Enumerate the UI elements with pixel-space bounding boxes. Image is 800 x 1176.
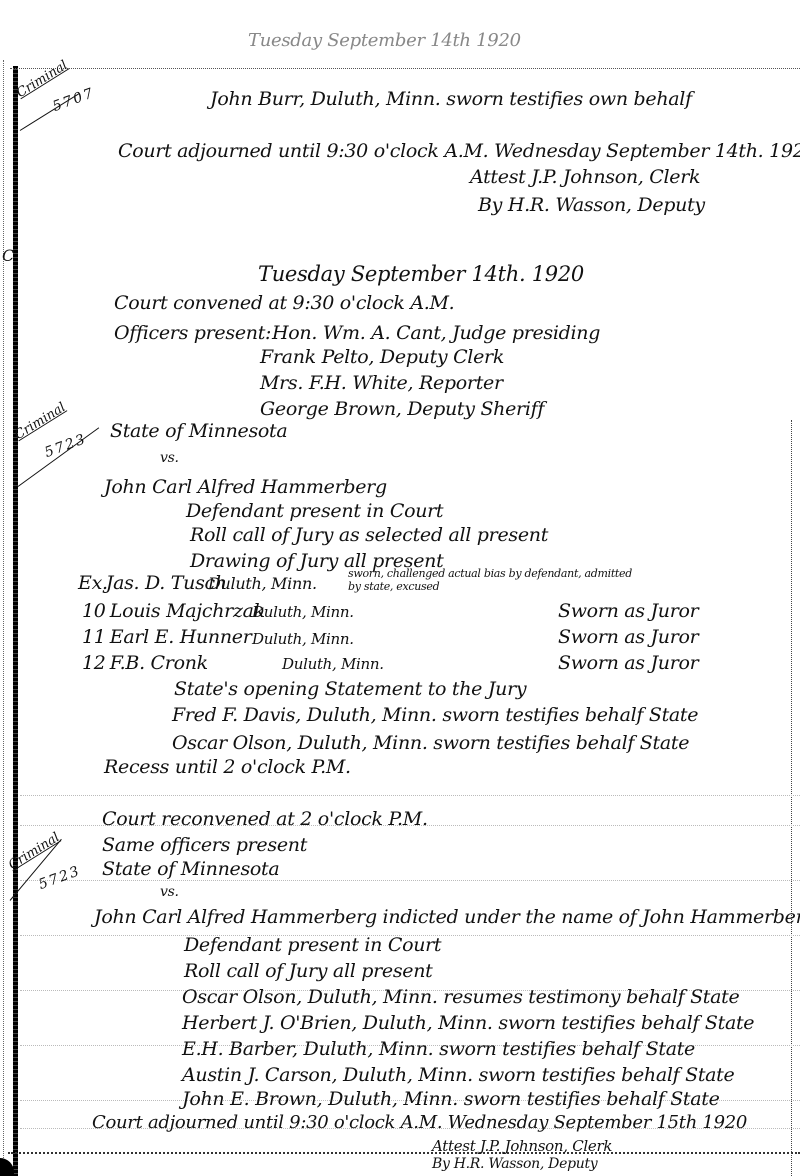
juror-row: 11 Earl E. Hunner (82, 626, 252, 648)
journal-page: Tuesday September 14th 1920 Criminal 570… (0, 0, 800, 1176)
entry-witness: Oscar Olson, Duluth, Minn. resumes testi… (182, 986, 739, 1008)
juror-number: 10 (82, 600, 104, 622)
bottom-rule (8, 1152, 800, 1154)
case-number: 5723 (43, 431, 89, 461)
juror-row: 10 Louis Majchrzak (82, 600, 265, 622)
versus: vs. (160, 884, 179, 900)
left-margin-rule-outer (3, 60, 4, 1176)
date-heading: Tuesday September 14th. 1920 (258, 262, 584, 286)
right-margin-rule (791, 420, 792, 1176)
plaintiff: State of Minnesota (110, 420, 287, 442)
defendant-name: John Carl Alfred Hammerberg indicted und… (94, 906, 800, 928)
juror-name: Earl E. Hunner (110, 626, 252, 648)
proceeding-witness: Fred F. Davis, Duluth, Minn. sworn testi… (172, 704, 698, 726)
top-rule (10, 68, 800, 69)
versus: vs. (160, 450, 179, 466)
officers-label: Officers present: (114, 322, 271, 344)
juror-status-line1: sworn, challenged actual bias by defenda… (348, 568, 632, 580)
juror-status-line2: by state, excused (348, 581, 439, 593)
deputy-line: By H.R. Wasson, Deputy (432, 1156, 597, 1172)
officer-deputy-sheriff: George Brown, Deputy Sheriff (260, 398, 544, 420)
margin-case-note: Criminal 5723 (20, 428, 77, 443)
deputy-line: By H.R. Wasson, Deputy (478, 194, 705, 216)
attest-line: Attest J.P. Johnson, Clerk (432, 1137, 612, 1155)
ruled-line (20, 880, 800, 881)
reconvened-line: Court reconvened at 2 o'clock P.M. (102, 808, 428, 830)
plaintiff: State of Minnesota (102, 858, 279, 880)
officer-judge: Hon. Wm. A. Cant, Judge presiding (272, 322, 600, 344)
juror-row: Ex. Jas. D. Tusch (78, 572, 227, 594)
juror-status: Sworn as Juror (558, 600, 698, 622)
case-number: 5707 (51, 85, 97, 115)
entry-witness: E.H. Barber, Duluth, Minn. sworn testifi… (182, 1038, 695, 1060)
running-head: Tuesday September 14th 1920 (248, 30, 521, 51)
binding-edge (13, 66, 18, 1176)
juror-residence: Duluth, Minn. (252, 603, 354, 621)
entry-defendant-present: Defendant present in Court (184, 934, 441, 956)
entry-defendant-present: Defendant present in Court (186, 500, 443, 522)
same-officers-line: Same officers present (102, 834, 307, 856)
officer-reporter: Mrs. F.H. White, Reporter (260, 372, 503, 394)
page-corner (0, 1158, 14, 1176)
margin-fragment: C (2, 246, 14, 265)
entry-roll-call: Roll call of Jury all present (184, 960, 433, 982)
convened-line: Court convened at 9:30 o'clock A.M. (114, 292, 454, 314)
juror-residence: Duluth, Minn. (252, 630, 354, 648)
entry-witness: John E. Brown, Duluth, Minn. sworn testi… (182, 1088, 720, 1110)
entry-witness: Herbert J. O'Brien, Duluth, Minn. sworn … (182, 1012, 754, 1034)
juror-number: Ex. (78, 572, 100, 594)
juror-status: Sworn as Juror (558, 652, 698, 674)
juror-residence: Duluth, Minn. (282, 655, 384, 673)
defendant-name: John Carl Alfred Hammerberg (104, 476, 387, 498)
testimony-line: John Burr, Duluth, Minn. sworn testifies… (210, 88, 692, 110)
juror-row: 12 F.B. Cronk (82, 652, 208, 674)
adjournment-line: Court adjourned until 9:30 o'clock A.M. … (92, 1112, 747, 1133)
ruled-line (20, 795, 800, 796)
entry-witness: Austin J. Carson, Duluth, Minn. sworn te… (182, 1064, 734, 1086)
proceeding-opening-statement: State's opening Statement to the Jury (174, 678, 526, 700)
entry-roll-call: Roll call of Jury as selected all presen… (190, 524, 548, 546)
juror-status: Sworn as Juror (558, 626, 698, 648)
margin-label: Criminal (12, 400, 68, 443)
juror-number: 12 (82, 652, 104, 674)
case-number: 5723 (37, 863, 83, 893)
juror-number: 11 (82, 626, 104, 648)
juror-residence: Duluth, Minn. (208, 574, 317, 593)
attest-line: Attest J.P. Johnson, Clerk (470, 166, 700, 188)
recess-line: Recess until 2 o'clock P.M. (104, 756, 351, 778)
officer-deputy-clerk: Frank Pelto, Deputy Clerk (260, 346, 504, 368)
juror-name: F.B. Cronk (110, 652, 208, 674)
juror-name: Louis Majchrzak (110, 600, 265, 622)
adjournment-line: Court adjourned until 9:30 o'clock A.M. … (118, 140, 800, 162)
proceeding-witness: Oscar Olson, Duluth, Minn. sworn testifi… (172, 732, 689, 754)
